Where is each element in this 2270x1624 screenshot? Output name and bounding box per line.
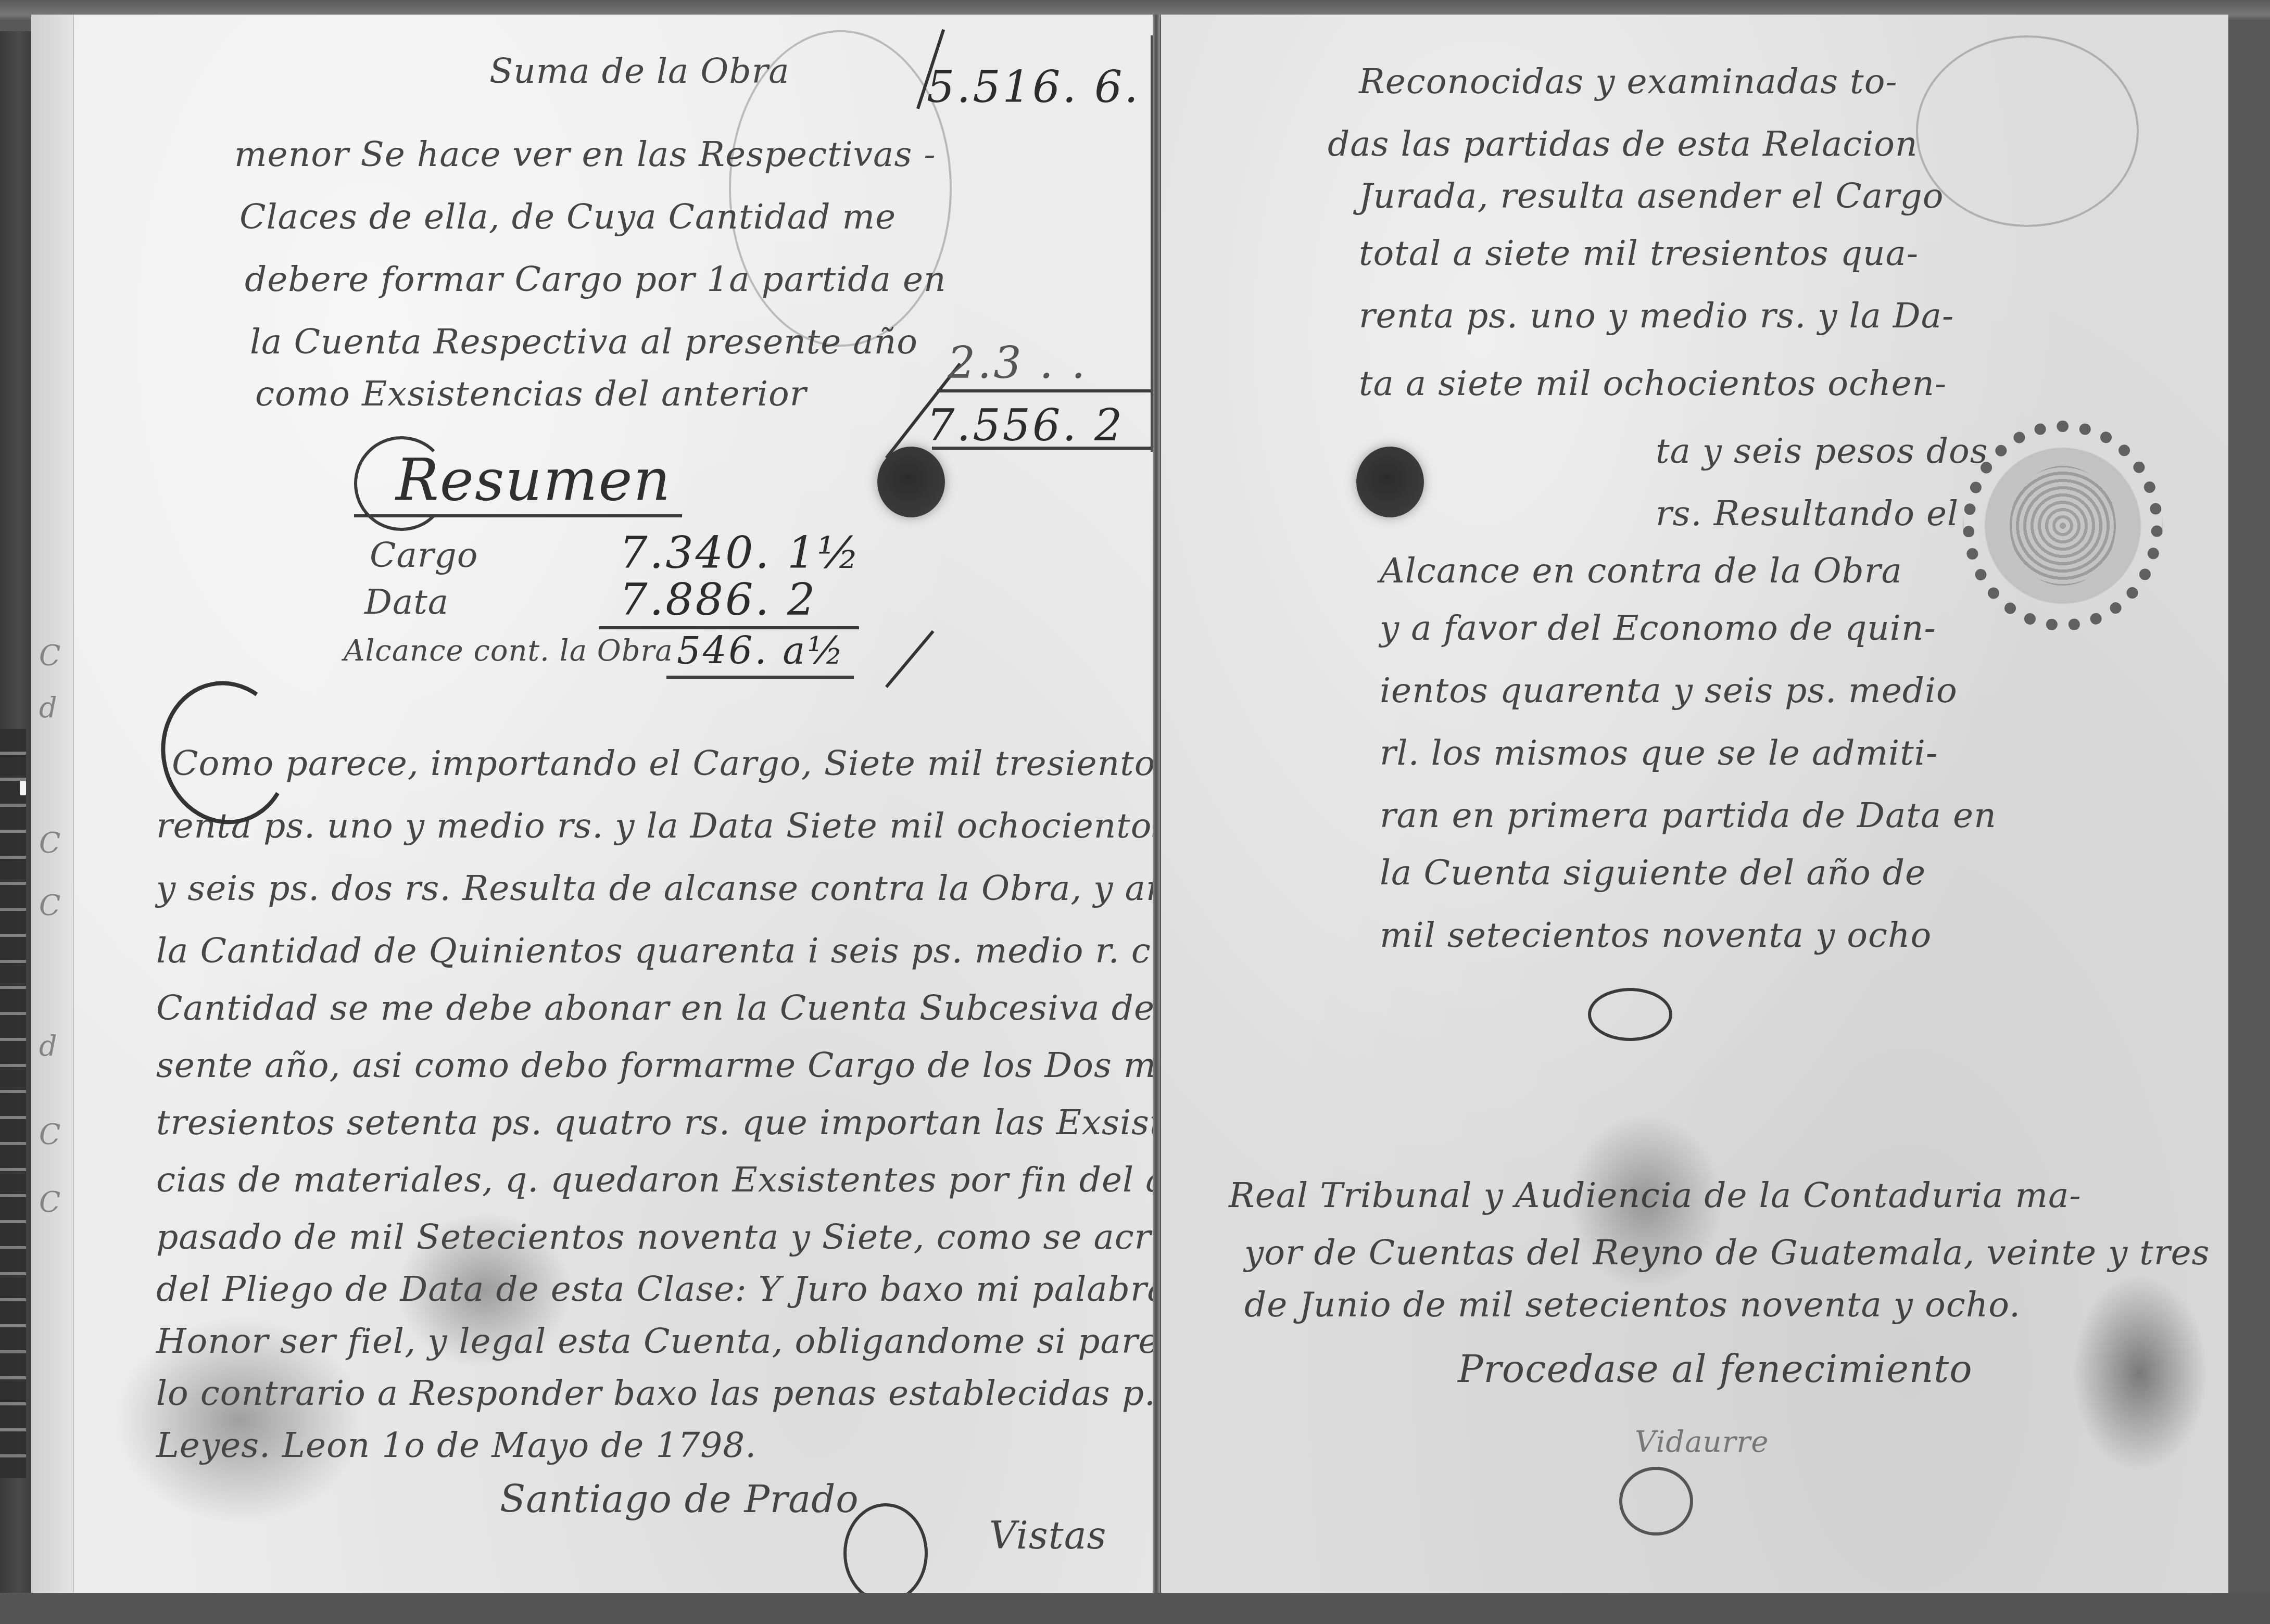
- resumen-label-cargo: Cargo: [370, 535, 478, 575]
- carry-label: Suma de la Obra: [489, 51, 790, 91]
- official-signature: Vidaurre: [1635, 1425, 1769, 1459]
- sum-rule: [937, 389, 1151, 392]
- resumen-amount-alcance: 546. a½: [677, 629, 846, 673]
- body-line: Como parece, importando el Cargo, Siete …: [172, 743, 1156, 783]
- rubric-flourish: [1588, 988, 1672, 1041]
- review-line: mil setecientos noventa y ocho: [1380, 915, 1932, 955]
- decree-line: de Junio de mil setecientos noventa y oc…: [1244, 1285, 2021, 1325]
- carry-amount: 5.516. 6.: [927, 61, 1140, 112]
- amount-slash: [885, 630, 935, 688]
- margin-fragment: d: [39, 1030, 57, 1062]
- ruler-glint: [20, 781, 26, 795]
- left-page: C d C C d C C Suma de la Obra 5.516. 6. …: [31, 15, 1156, 1607]
- body-line: la Cantidad de Quinientos quarenta i sei…: [156, 931, 1156, 971]
- resumen-alcance-rule: [666, 676, 854, 679]
- resumen-title: Resumen: [396, 447, 671, 513]
- official-rubric: [1619, 1467, 1693, 1536]
- previous-page-edge: [31, 15, 74, 1607]
- review-line: y a favor del Economo de quin-: [1380, 608, 1936, 648]
- right-page: Reconocidas y examinadas to- das las par…: [1161, 15, 2228, 1607]
- margin-fragment: C: [39, 1118, 60, 1151]
- margin-fragment: C: [39, 639, 60, 672]
- decree-order: Procedase al fenecimiento: [1458, 1347, 1973, 1391]
- binding-strip: [0, 31, 31, 1593]
- review-line: ta y seis pesos dos: [1656, 431, 1988, 471]
- measurement-ruler: [0, 729, 26, 1478]
- body-line: sente año, asi como debo formarme Cargo …: [156, 1045, 1156, 1085]
- paragraph-line: Claces de ella, de Cuya Cantidad me: [239, 197, 896, 237]
- review-line: das las partidas de esta Relacion: [1328, 124, 1918, 164]
- book-gutter: [1153, 15, 1160, 1607]
- review-line: rs. Resultando el: [1656, 493, 1959, 534]
- review-line: ran en primera partida de Data en: [1380, 795, 1997, 835]
- body-line: cias de materiales, q. quedaron Exsisten…: [156, 1160, 1156, 1200]
- subtotal-amount: 7.556. 2: [927, 400, 1124, 451]
- review-line: la Cuenta siguiente del año de: [1380, 853, 1926, 893]
- body-line: tresientos setenta ps. quatro rs. que im…: [156, 1102, 1156, 1143]
- review-line: Reconocidas y examinadas to-: [1359, 61, 1898, 102]
- review-line: rl. los mismos que se le admiti-: [1380, 733, 1938, 773]
- body-line: del Pliego de Data de esta Clase: Y Juro…: [156, 1269, 1156, 1309]
- paragraph-line: la Cuenta Respectiva al presente año: [250, 322, 918, 362]
- review-line: renta ps. uno y medio rs. y la Da-: [1359, 296, 1954, 336]
- bottom-edge-shadow: [0, 1593, 2270, 1624]
- review-line: Alcance en contra de la Obra: [1380, 551, 1902, 591]
- margin-fragment: C: [39, 889, 60, 922]
- resumen-amount-cargo: 7.340. 1½: [620, 527, 862, 578]
- review-line: Jurada, resulta asender el Cargo: [1359, 176, 1944, 216]
- review-line: ientos quarenta y seis ps. medio: [1380, 670, 1958, 710]
- decree-line: Real Tribunal y Audiencia de la Contadur…: [1229, 1175, 2082, 1215]
- body-line: Cantidad se me debe abonar en la Cuenta …: [156, 988, 1156, 1028]
- review-line: total a siete mil tresientos qua-: [1359, 233, 1919, 273]
- scan-background: C d C C d C C Suma de la Obra 5.516. 6. …: [0, 0, 2270, 1624]
- resumen-label-alcance: Alcance cont. la Obra: [344, 634, 673, 668]
- decree-line: yor de Cuentas del Reyno de Guatemala, v…: [1244, 1233, 2210, 1273]
- resumen-label-data: Data: [364, 582, 449, 622]
- vistas-note: Vistas: [989, 1514, 1107, 1557]
- margin-fragment: C: [39, 827, 60, 859]
- sum-rule: [932, 447, 1151, 450]
- ink-stain: [396, 1212, 573, 1368]
- binding-hole: [877, 447, 945, 517]
- resumen-underline: [354, 514, 682, 517]
- signature: Santiago de Prado: [500, 1477, 859, 1521]
- official-seal-stamp: [1963, 421, 2163, 631]
- paragraph-line: menor Se hace ver en las Respectivas -: [234, 134, 936, 174]
- margin-fragment: d: [39, 691, 57, 724]
- ink-stain: [115, 1316, 364, 1524]
- paragraph-line: debere formar Cargo por 1a partida en: [245, 259, 947, 299]
- body-line: renta ps. uno y medio rs. y la Data Siet…: [156, 806, 1156, 846]
- margin-fragment: C: [39, 1186, 60, 1219]
- body-line: pasado de mil Setecientos noventa y Siet…: [156, 1217, 1156, 1257]
- signature-rubric: [843, 1503, 928, 1603]
- body-line: y seis ps. dos rs. Resulta de alcanse co…: [156, 868, 1156, 908]
- seal-stain: [2072, 1274, 2208, 1472]
- faint-seal-outline: [1916, 35, 2139, 227]
- resumen-amount-data: 7.886. 2: [620, 574, 817, 625]
- existencias-amount: 2.3 . .: [948, 337, 1087, 388]
- binding-hole: [1356, 447, 1424, 517]
- review-line: ta a siete mil ochocientos ochen-: [1359, 363, 1947, 403]
- paragraph-line: como Exsistencias del anterior: [255, 374, 806, 414]
